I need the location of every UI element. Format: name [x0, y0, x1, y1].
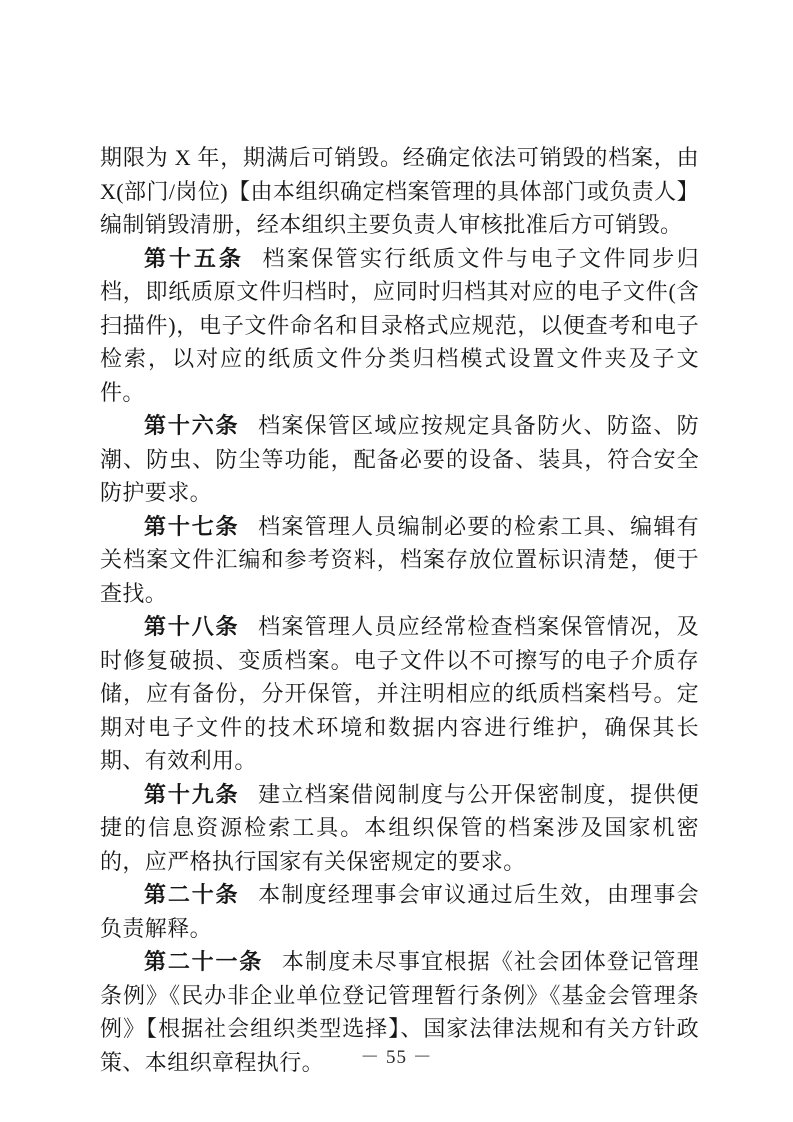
- page-number: － 55 －: [0, 1042, 793, 1069]
- paragraph: 第十六条档案保管区域应按规定具备防火、防盗、防潮、防虫、防尘等功能，配备必要的设…: [100, 409, 699, 510]
- paragraph: 第十五条档案保管实行纸质文件与电子文件同步归档，即纸质原文件归档时，应同时归档其…: [100, 242, 699, 410]
- paragraph: 第二十条本制度经理事会审议通过后生效，由理事会负责解释。: [100, 878, 699, 945]
- article-number: 第十八条: [144, 614, 239, 639]
- paragraph-text: 期限为 X 年，期满后可销毁。经确定依法可销毁的档案，由 X(部门/岗位)【由本…: [100, 145, 699, 237]
- document-page: 期限为 X 年，期满后可销毁。经确定依法可销毁的档案，由 X(部门/岗位)【由本…: [0, 0, 793, 1122]
- paragraph: 第十七条档案管理人员编制必要的检索工具、编辑有关档案文件汇编和参考资料，档案存放…: [100, 510, 699, 611]
- article-number: 第二十条: [144, 882, 239, 907]
- paragraph: 第十八条档案管理人员应经常检查档案保管情况，及时修复破损、变质档案。电子文件以不…: [100, 610, 699, 778]
- article-number: 第十七条: [144, 514, 239, 539]
- article-number: 第十六条: [144, 413, 239, 438]
- article-number: 第十五条: [144, 246, 244, 271]
- paragraph: 第十九条建立档案借阅制度与公开保密制度，提供便捷的信息资源检索工具。本组织保管的…: [100, 778, 699, 879]
- article-number: 第二十一条: [144, 949, 263, 974]
- document-body: 期限为 X 年，期满后可销毁。经确定依法可销毁的档案，由 X(部门/岗位)【由本…: [100, 141, 699, 1079]
- paragraph: 期限为 X 年，期满后可销毁。经确定依法可销毁的档案，由 X(部门/岗位)【由本…: [100, 141, 699, 242]
- article-number: 第十九条: [144, 782, 239, 807]
